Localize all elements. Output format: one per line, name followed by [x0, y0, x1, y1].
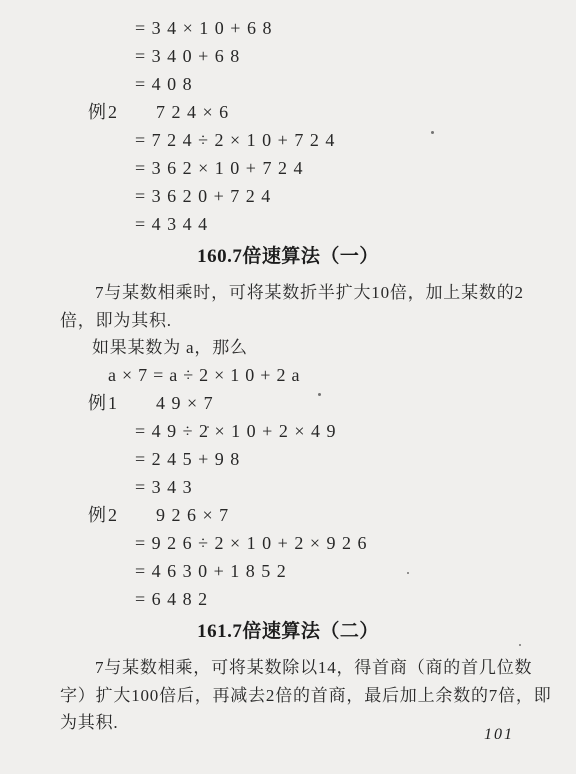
example-label: 例2 [88, 501, 119, 529]
page-number: 101 [484, 726, 514, 744]
scan-speck [431, 131, 434, 134]
equation-line: =408 [135, 70, 576, 98]
section-heading-160: 160.7倍速算法（一） [0, 244, 576, 270]
equation-line: =4344 [135, 210, 576, 238]
section-heading-161: 161.7倍速算法（二） [0, 619, 576, 645]
scan-speck [409, 297, 411, 299]
example-row: 例2 724×6 [0, 98, 576, 126]
example-expression: 926×7 [156, 501, 235, 529]
note-line: 如果某数为 a，那么 [92, 334, 576, 362]
paragraph-line: 7与某数相乘，可将某数除以14，得首商（商的首几位数 [60, 654, 576, 682]
equation-line: =3620+724 [135, 182, 576, 210]
scan-speck [318, 393, 321, 396]
equation-line: =340+68 [135, 42, 576, 70]
paragraph-line: 字）扩大100倍后，再减去2倍的首商，最后加上余数的7倍，即 [60, 682, 576, 710]
equation-line: =245+98 [135, 445, 576, 473]
equation-line: =4630+1852 [135, 557, 576, 585]
example-row: 例1 49×7 [0, 389, 576, 417]
page-content: =34×10+68 =340+68 =408 例2 724×6 =724÷2×1… [0, 0, 576, 737]
example-expression: 49×7 [156, 389, 219, 417]
formula-line: a×7=a÷2×10+2a [108, 362, 576, 390]
section-paragraph: 7与某数相乘，可将某数除以14，得首商（商的首几位数 字）扩大100倍后，再减去… [60, 654, 576, 737]
equation-line: =343 [135, 473, 576, 501]
equation-line: =724÷2×10+724 [135, 126, 576, 154]
equation-line: =362×10+724 [135, 154, 576, 182]
equation-line: =34×10+68 [135, 14, 576, 42]
book-page: =34×10+68 =340+68 =408 例2 724×6 =724÷2×1… [0, 0, 576, 774]
scan-speck [207, 426, 209, 428]
example-expression: 724×6 [156, 98, 235, 126]
example-row: 例2 926×7 [0, 501, 576, 529]
example-label: 例2 [88, 98, 119, 126]
paragraph-line: 7与某数相乘时，可将某数折半扩大10倍，加上某数的2 [60, 279, 576, 307]
scan-speck [407, 572, 409, 574]
equation-line: =49÷2×10+2×49 [135, 417, 576, 445]
example-label: 例1 [88, 389, 119, 417]
scan-speck [519, 644, 521, 646]
paragraph-line: 倍，即为其积. [60, 307, 576, 335]
equation-line: =6482 [135, 585, 576, 613]
equation-line: =926÷2×10+2×926 [135, 529, 576, 557]
section-paragraph: 7与某数相乘时，可将某数折半扩大10倍，加上某数的2 倍，即为其积. [60, 279, 576, 334]
